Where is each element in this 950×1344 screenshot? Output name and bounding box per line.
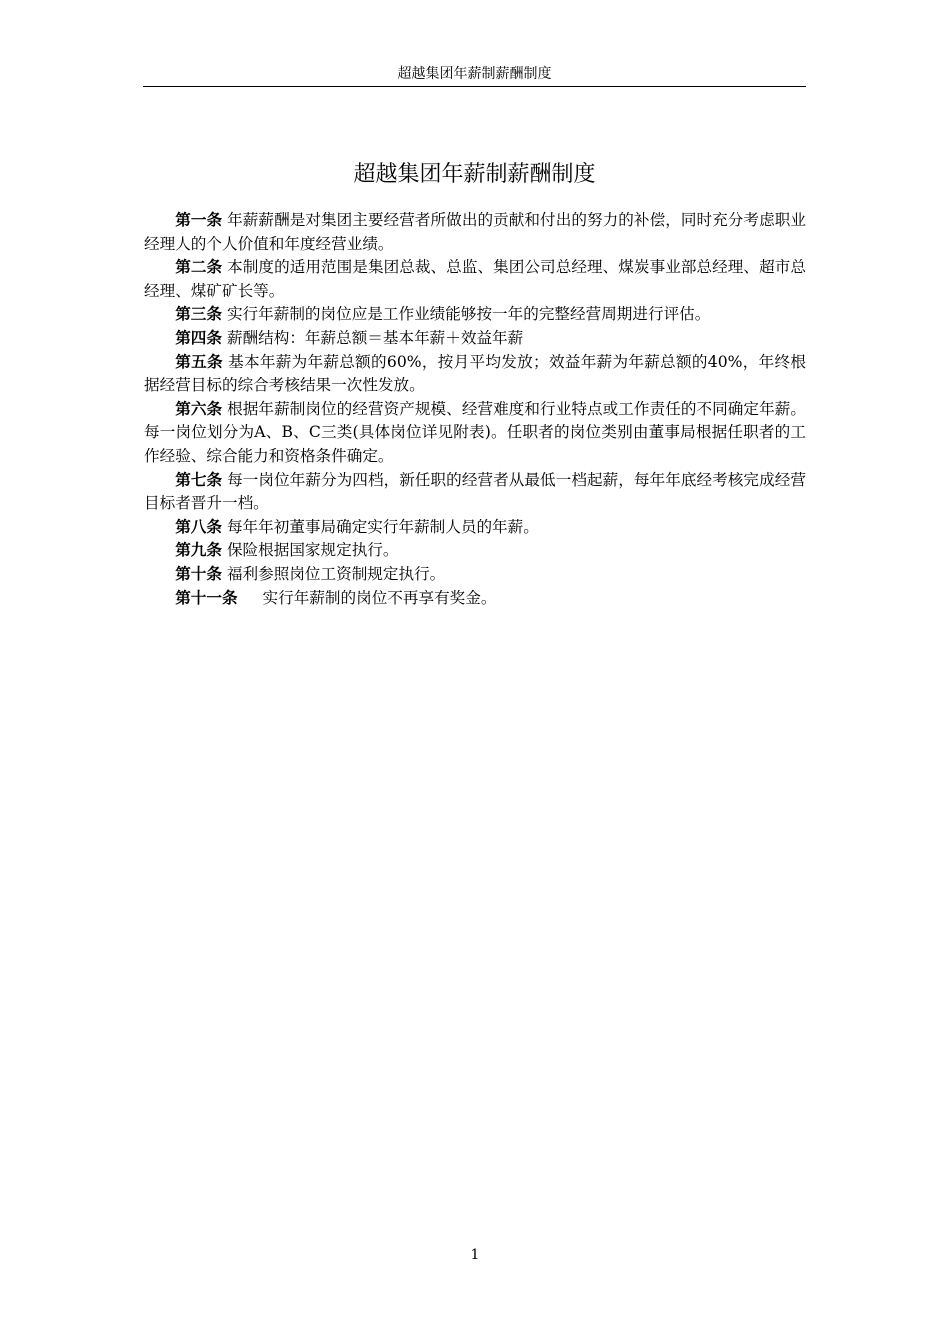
running-header: 超越集团年薪制薪酬制度: [143, 64, 806, 84]
article-3: 第三条 实行年薪制的岗位应是工作业绩能够按一年的完整经营周期进行评估。: [144, 303, 806, 327]
article-9: 第九条 保险根据国家规定执行。: [144, 539, 806, 563]
article-8: 第八条 每年年初董事局确定实行年薪制人员的年薪。: [144, 516, 806, 540]
article-6: 第六条 根据年薪制岗位的经营资产规模、经营难度和行业特点或工作责任的不同确定年薪…: [144, 398, 806, 469]
article-1: 第一条 年薪薪酬是对集团主要经营者所做出的贡献和付出的努力的补偿，同时充分考虑职…: [144, 209, 806, 256]
article-label: 第七条: [175, 471, 222, 489]
article-label: 第十一条: [175, 589, 237, 607]
article-label: 第九条: [175, 541, 222, 559]
article-label: 第二条: [175, 258, 222, 276]
article-text: 本制度的适用范围是集团总裁、总监、集团公司总经理、煤炭事业部总经理、超市总经理、…: [144, 258, 806, 300]
article-text: 根据年薪制岗位的经营资产规模、经营难度和行业特点或工作责任的不同确定年薪。每一岗…: [144, 400, 806, 465]
page-number: 1: [400, 1247, 550, 1263]
article-text: 每年年初董事局确定实行年薪制人员的年薪。: [227, 518, 539, 536]
article-label: 第一条: [175, 211, 222, 229]
article-2: 第二条 本制度的适用范围是集团总裁、总监、集团公司总经理、煤炭事业部总经理、超市…: [144, 256, 806, 303]
article-text: 每一岗位年薪分为四档，新任职的经营者从最低一档起薪，每年年底经考核完成经营目标者…: [144, 471, 806, 513]
article-10: 第十条 福利参照岗位工资制规定执行。: [144, 563, 806, 587]
article-text: 基本年薪为年薪总额的60%，按月平均发放；效益年薪为年薪总额的40%，年终根据经…: [144, 353, 806, 395]
article-text: 实行年薪制的岗位应是工作业绩能够按一年的完整经营周期进行评估。: [227, 305, 710, 323]
article-text: 薪酬结构：年薪总额＝基本年薪＋效益年薪: [227, 329, 523, 347]
article-label: 第八条: [175, 518, 222, 536]
article-text: 实行年薪制的岗位不再享有奖金。: [263, 589, 497, 607]
article-label: 第六条: [175, 400, 222, 418]
article-text: 年薪薪酬是对集团主要经营者所做出的贡献和付出的努力的补偿，同时充分考虑职业经理人…: [144, 211, 806, 253]
document-title: 超越集团年薪制薪酬制度: [143, 158, 806, 192]
article-text: 保险根据国家规定执行。: [227, 541, 399, 559]
header-divider: [143, 86, 806, 87]
article-7: 第七条 每一岗位年薪分为四档，新任职的经营者从最低一档起薪，每年年底经考核完成经…: [144, 469, 806, 516]
article-4: 第四条 薪酬结构：年薪总额＝基本年薪＋效益年薪: [144, 327, 806, 351]
article-label: 第十条: [175, 565, 222, 583]
article-label: 第四条: [175, 329, 222, 347]
document-body: 第一条 年薪薪酬是对集团主要经营者所做出的贡献和付出的努力的补偿，同时充分考虑职…: [144, 209, 806, 610]
article-label: 第五条: [175, 353, 223, 371]
article-11: 第十一条实行年薪制的岗位不再享有奖金。: [144, 587, 806, 611]
article-5: 第五条 基本年薪为年薪总额的60%，按月平均发放；效益年薪为年薪总额的40%，年…: [144, 351, 806, 398]
article-label: 第三条: [175, 305, 222, 323]
article-text: 福利参照岗位工资制规定执行。: [227, 565, 445, 583]
